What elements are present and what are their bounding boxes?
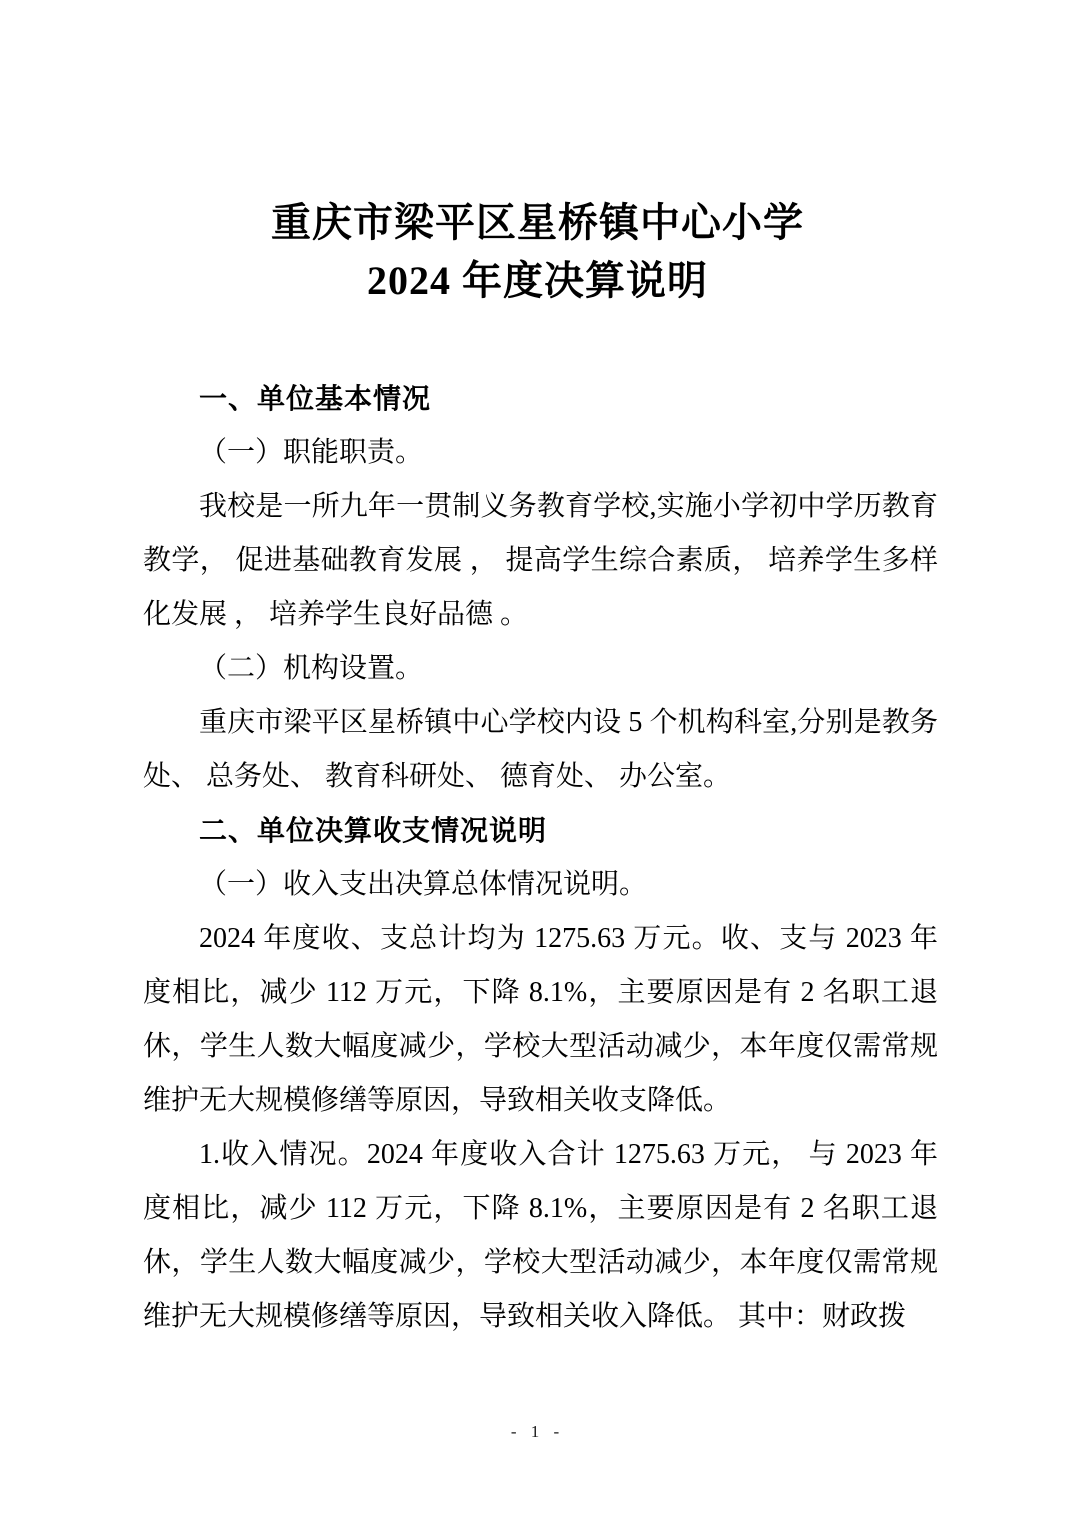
section-heading-unit-basic-info: 一、单位基本情况 [143,372,938,426]
section-heading-final-accounts: 二、单位决算收支情况说明 [143,804,938,858]
document-title: 重庆市梁平区星桥镇中心小学 2024 年度决算说明 [0,0,1075,310]
document-body: 一、单位基本情况 （一）职能职责。 我校是一所九年一贯制义务教育学校,实施小学初… [143,372,938,1344]
paragraph-income-situation: 1.收入情况。2024 年度收入合计 1275.63 万元， 与 2023 年度… [143,1128,938,1344]
paragraph-organization: 重庆市梁平区星桥镇中心学校内设 5 个机构科室,分别是教务处、 总务处、 教育科… [143,696,938,804]
subsection-heading-overall-situation: （一）收入支出决算总体情况说明。 [143,858,938,912]
subsection-heading-duties: （一）职能职责。 [143,426,938,480]
paragraph-duties: 我校是一所九年一贯制义务教育学校,实施小学初中学历教育教学， 促进基础教育发展 … [143,480,938,642]
document-title-line2: 2024 年度决算说明 [0,252,1075,310]
paragraph-overall-situation: 2024 年度收、支总计均为 1275.63 万元。收、支与 2023 年度相比… [143,912,938,1128]
subsection-heading-organization: （二）机构设置。 [143,642,938,696]
page-number: - 1 - [511,1422,564,1441]
document-page: 重庆市梁平区星桥镇中心小学 2024 年度决算说明 一、单位基本情况 （一）职能… [0,0,1075,1520]
page-footer: - 1 - [0,1422,1075,1442]
document-title-line1: 重庆市梁平区星桥镇中心小学 [0,194,1075,252]
